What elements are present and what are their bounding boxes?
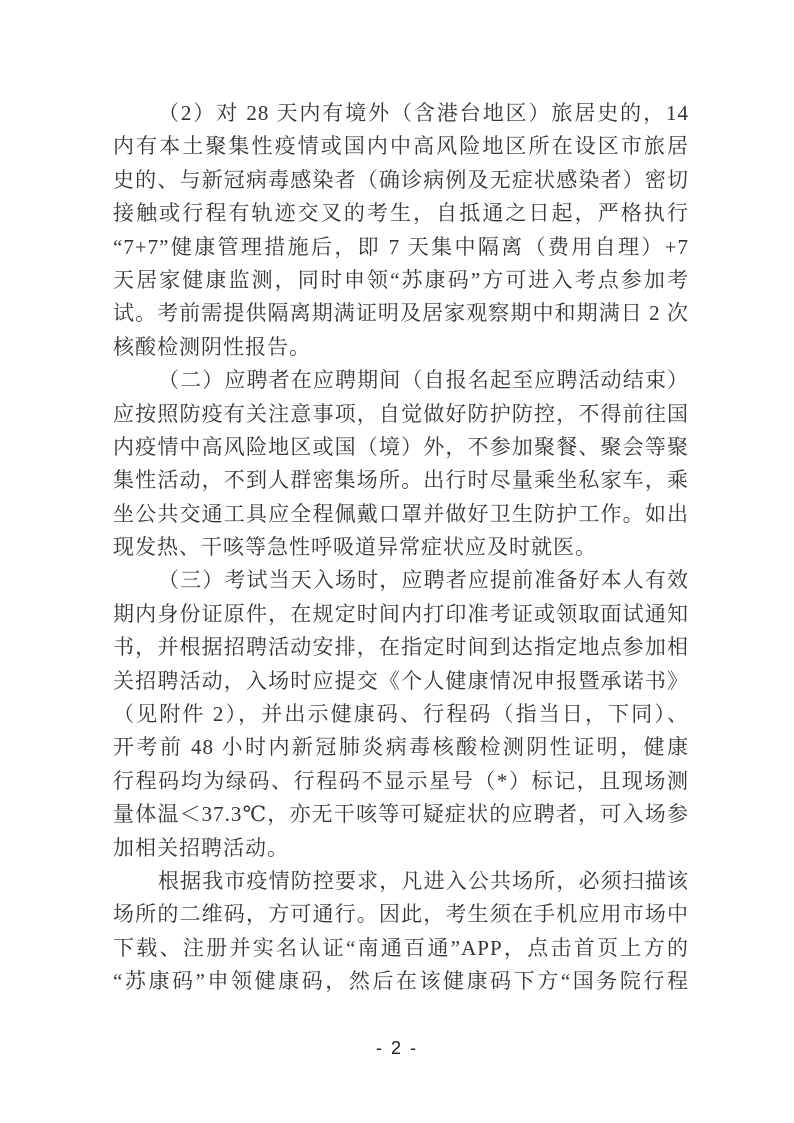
text-line: 史的、与新冠病毒感染者（确诊病例及无症状感染者）密切 bbox=[113, 164, 689, 197]
text-line: 量体温＜37.3℃，亦无干咳等可疑症状的应聘者，可入场参 bbox=[113, 798, 689, 831]
text-line: 接触或行程有轨迹交叉的考生，自抵通之日起，严格执行 bbox=[113, 197, 689, 230]
text-line: “7+7”健康管理措施后，即 7 天集中隔离（费用自理）+7 bbox=[113, 231, 689, 264]
text-line: 现发热、干咳等急性呼吸道异常症状应及时就医。 bbox=[113, 531, 689, 564]
text-line: （见附件 2），并出示健康码、行程码（指当日，下同）、 bbox=[113, 698, 689, 731]
text-line: 关招聘活动，入场时应提交《个人健康情况申报暨承诺书》 bbox=[113, 665, 689, 698]
text-line: 下载、注册并实名认证“南通百通”APP，点击首页上方的 bbox=[113, 932, 689, 965]
text-line: 内疫情中高风险地区或国（境）外，不参加聚餐、聚会等聚 bbox=[113, 431, 689, 464]
text-line: 坐公共交通工具应全程佩戴口罩并做好卫生防护工作。如出 bbox=[113, 498, 689, 531]
document-body: （2）对 28 天内有境外（含港台地区）旅居史的，14 天内有本土聚集性疫情或国… bbox=[113, 97, 689, 999]
text-line: 期内身份证原件，在规定时间内打印准考证或领取面试通知 bbox=[113, 598, 689, 631]
text-line: 场所的二维码，方可通行。因此，考生须在手机应用市场中 bbox=[113, 898, 689, 931]
text-line: （2）对 28 天内有境外（含港台地区）旅居史的，14 天 bbox=[113, 97, 689, 130]
text-line: 内有本土聚集性疫情或国内中高风险地区所在设区市旅居 bbox=[113, 130, 689, 163]
text-line: 开考前 48 小时内新冠肺炎病毒核酸检测阴性证明，健康码、 bbox=[113, 731, 689, 764]
text-line: （二）应聘者在应聘期间（自报名起至应聘活动结束） bbox=[113, 364, 689, 397]
text-line: 根据我市疫情防控要求，凡进入公共场所，必须扫描该 bbox=[113, 865, 689, 898]
page-number: - 2 - bbox=[0, 1038, 794, 1059]
text-line: 核酸检测阴性报告。 bbox=[113, 331, 689, 364]
text-line: 试。考前需提供隔离期满证明及居家观察期中和期满日 2 次 bbox=[113, 297, 689, 330]
text-line: 行程码均为绿码、行程码不显示星号（*）标记，且现场测 bbox=[113, 765, 689, 798]
text-line: 天居家健康监测，同时申领“苏康码”方可进入考点参加考 bbox=[113, 264, 689, 297]
text-line: （三）考试当天入场时，应聘者应提前准备好本人有效 bbox=[113, 564, 689, 597]
document-page: （2）对 28 天内有境外（含港台地区）旅居史的，14 天内有本土聚集性疫情或国… bbox=[0, 0, 794, 1123]
text-line: 加相关招聘活动。 bbox=[113, 832, 689, 865]
text-line: 书，并根据招聘活动安排，在指定时间到达指定地点参加相 bbox=[113, 631, 689, 664]
text-line: 应按照防疫有关注意事项，自觉做好防护防控，不得前往国 bbox=[113, 398, 689, 431]
text-line: “苏康码”申领健康码，然后在该健康码下方“国务院行程 bbox=[113, 965, 689, 998]
text-line: 集性活动，不到人群密集场所。出行时尽量乘坐私家车，乘 bbox=[113, 464, 689, 497]
